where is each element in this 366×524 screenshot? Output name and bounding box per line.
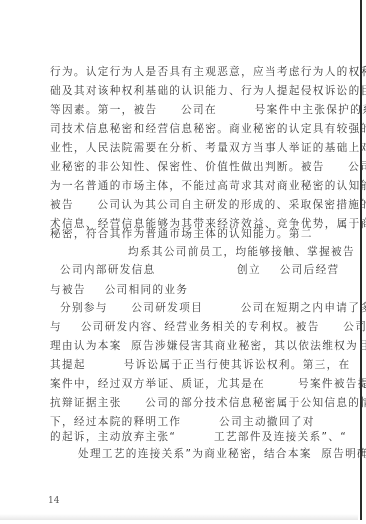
text-line: 等因素。第一，被告 公司在 号案件中主张保护的系其公 — [50, 104, 366, 116]
page-number: 14 — [48, 496, 59, 506]
text-line: 秘密，符合其作为普通市场主体的认知能力。第二 — [50, 228, 313, 240]
text-line: 业秘密的非公知性、保密性、价值性做出判断。被告 公司作 — [50, 161, 366, 173]
text-line: 创立 公司后经营 — [237, 264, 339, 276]
text-line: 下，经过本院的释明工作 公司主动撤回了对 — [50, 416, 315, 428]
text-line: 的起诉，主动放弃主张“ 工艺部件及连接关系”、“ — [50, 431, 347, 443]
text-line: 与被告 公司相同的业务 — [50, 284, 188, 296]
text-line: 业性，人民法院需要在分析、考量双方当事人举证的基础上对商 — [50, 142, 366, 154]
text-line: 处理工艺的连接关系”为商业秘密，结合本案 原告明确 — [78, 448, 366, 460]
text-line: 为一名普通的市场主体，不能过高苛求其对商业秘密的认知能力。 — [50, 180, 366, 192]
text-line: 司技术信息秘密和经营信息秘密。商业秘密的认定具有较强的专 — [50, 123, 366, 135]
text-line: 分别参与 公司研发项目 公司在短期之内申请了多个 — [60, 302, 366, 314]
text-line: 与 公司研发内容、经营业务相关的专利权。被告 公司有 — [50, 321, 366, 333]
text-line: 被告 公司认为其公司自主研发的形成的、采取保密措施的技 — [50, 199, 366, 211]
document-page: 行为。认定行为人是否具有主观恶意，应当考虑行为人的权利基础及其对该种权利基础的认… — [0, 0, 362, 520]
text-line: 其提起 号诉讼属于正当行使其诉讼权利。第三，在 号 — [50, 359, 366, 371]
text-line: 础及其对该种权利基础的认识能力、行为人提起侵权诉讼的目的 — [50, 85, 366, 97]
text-line: 抗辩证据主张 公司的部分技术信息秘密属于公知信息的情况 — [50, 397, 366, 409]
text-line: 理由认为本案 原告涉嫌侵害其商业秘密，其以依法维权为目的， — [50, 340, 366, 352]
text-line: 公司内部研发信息 — [60, 264, 156, 276]
text-line: 行为。认定行为人是否具有主观恶意，应当考虑行为人的权利基 — [50, 66, 366, 78]
text-line: 案件中，经过双方举证、质证，尤其是在 号案件被告提供的 — [50, 378, 366, 390]
text-line: 均系其公司前员工，均能够接触、掌握被告 — [128, 246, 355, 258]
page-edge-shadow — [0, 514, 358, 520]
